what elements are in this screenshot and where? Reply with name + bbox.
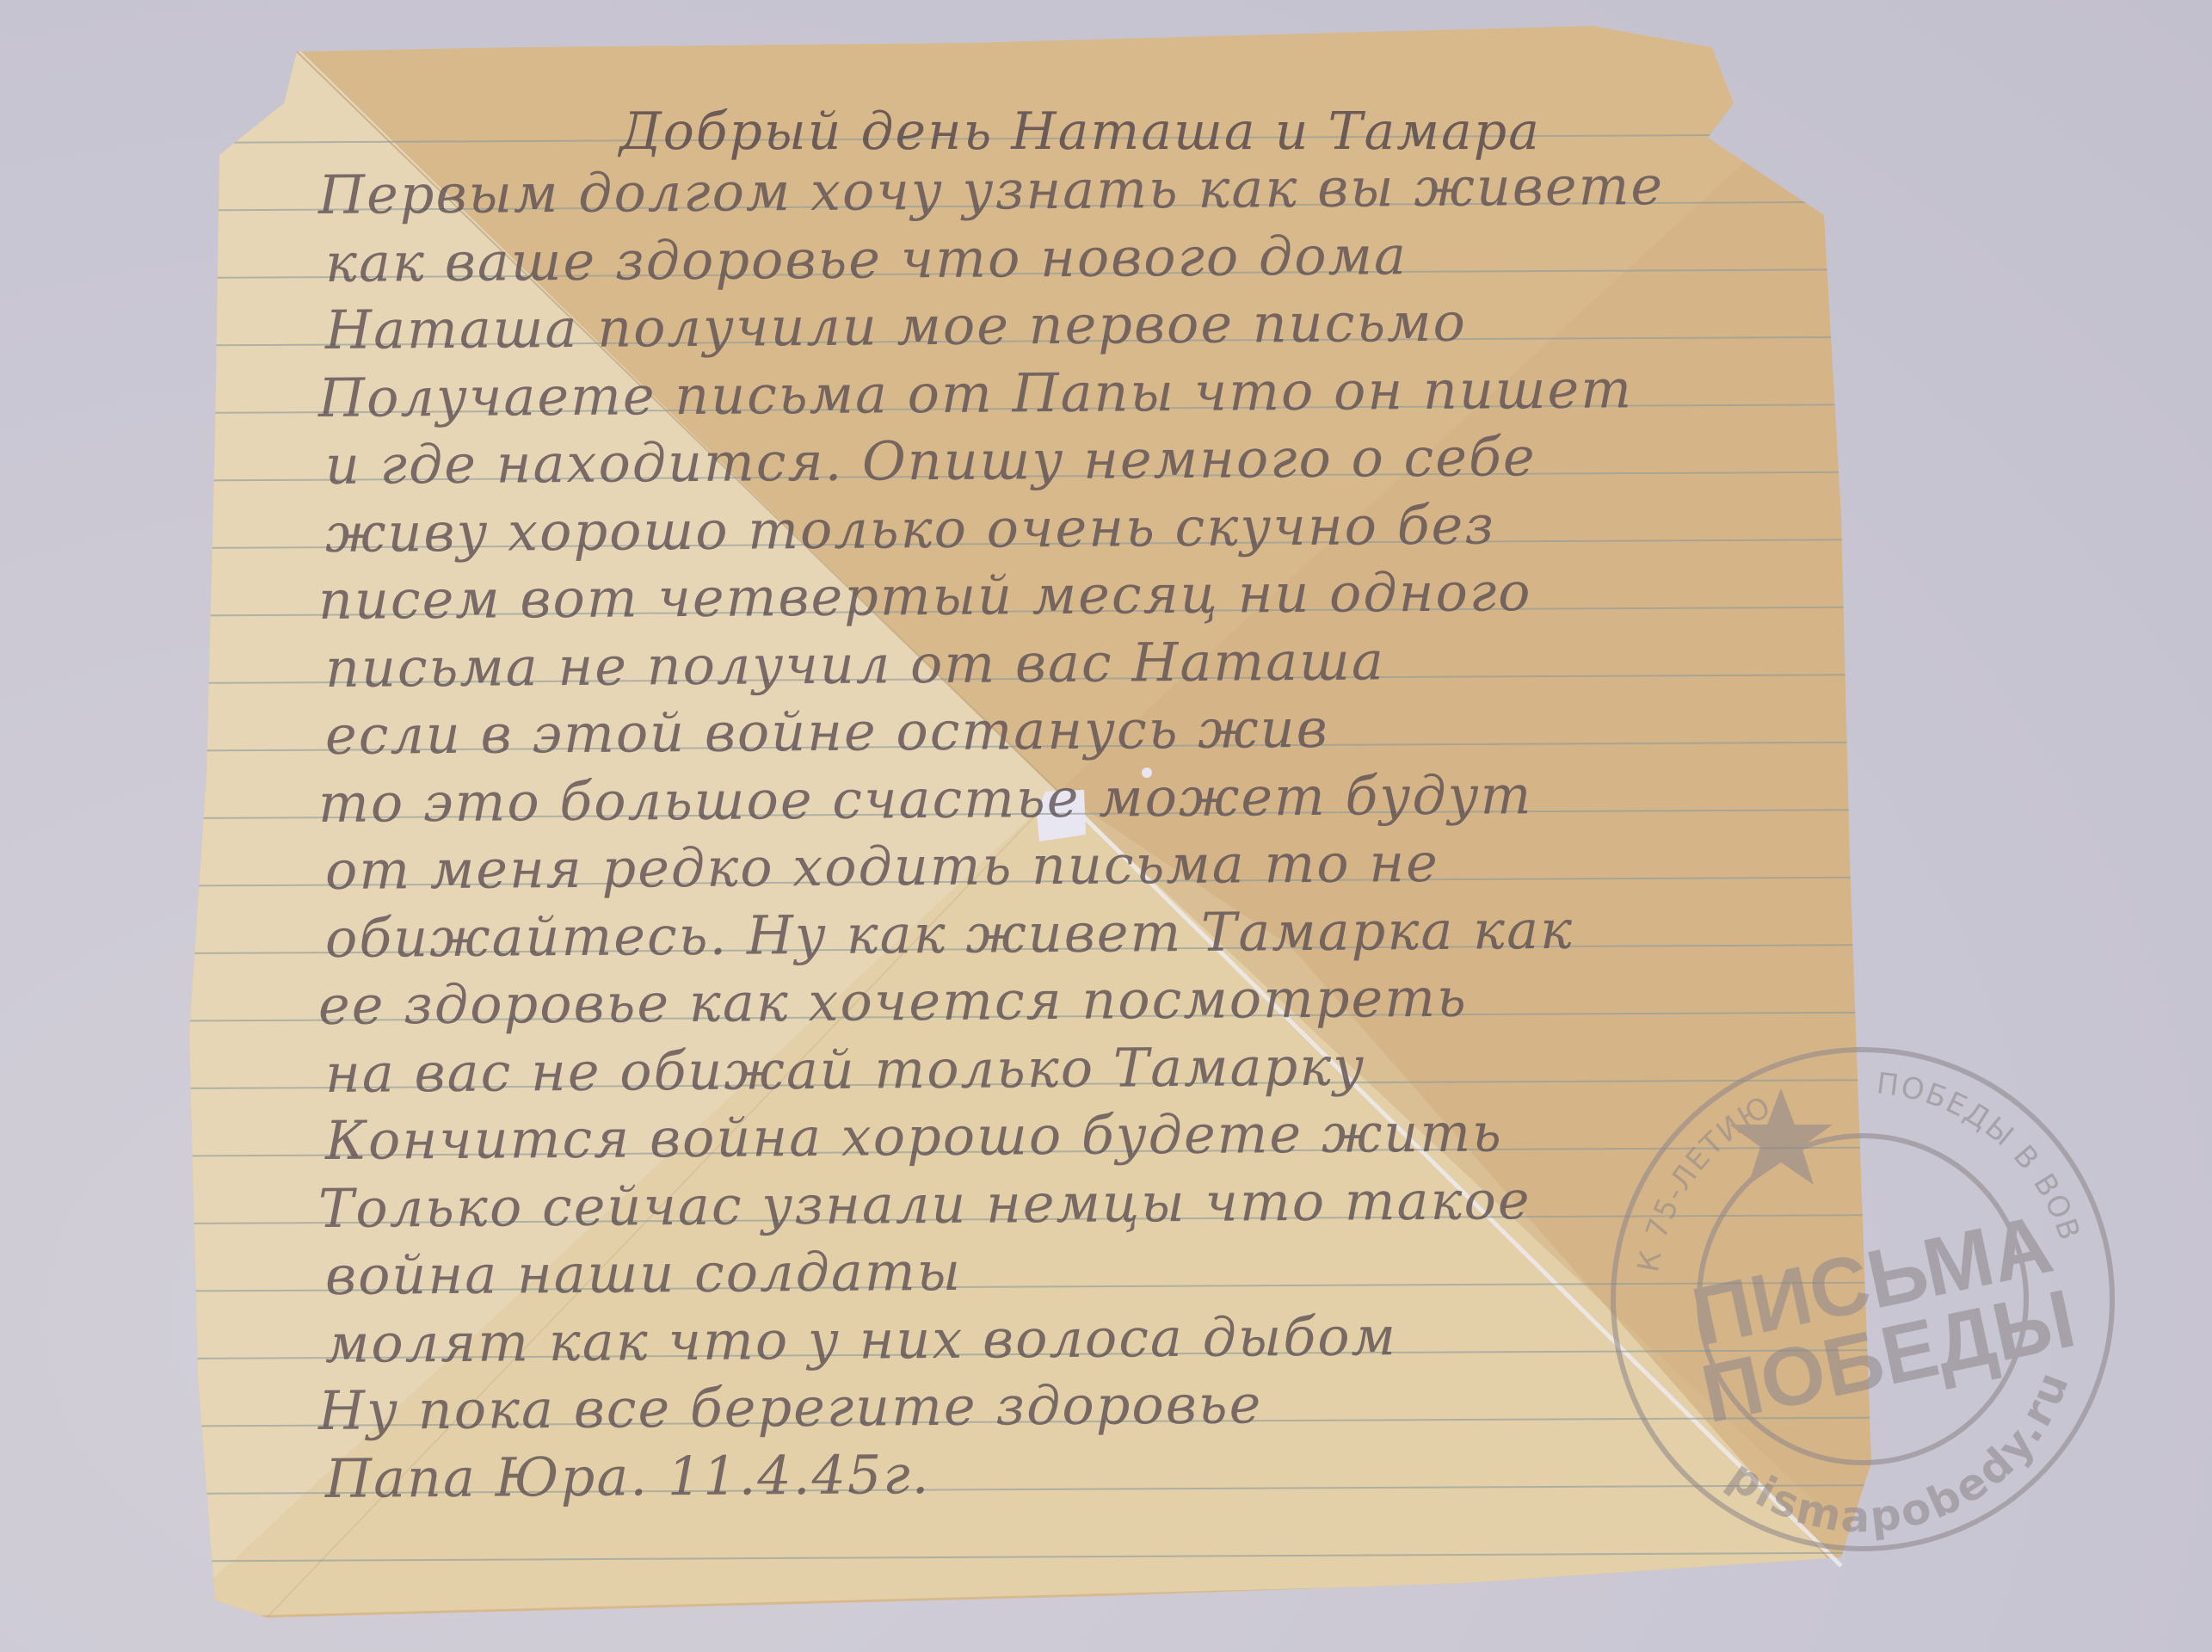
letter-line: Папа Юра. 11.4.45г. <box>325 1443 931 1510</box>
letter-line: Наташа получили мое первое письмо <box>325 291 1467 361</box>
letter-line: война наши солдаты <box>325 1240 963 1307</box>
letter-line: то это большое счастье может будут <box>318 763 1533 835</box>
letter-line: если в этой войне останусь жив <box>325 697 1329 767</box>
letter-line: Кончится война хорошо будете жить <box>325 1100 1503 1172</box>
letter-line: письма не получил от вас Наташа <box>325 629 1385 700</box>
letter-line: Первым долгом хочу узнать как вы живете <box>318 154 1665 226</box>
letter-line: Получаете письма от Папы что он пишет <box>318 357 1633 429</box>
letter-line: обижайтесь. Ну как живет Тамарка как <box>325 897 1574 969</box>
letter-line: ее здоровье как хочется посмотреть <box>318 966 1468 1037</box>
letter-line: от меня редко ходить письма то не <box>325 831 1439 902</box>
letter-line: писем вот четвертый месяц ни одного <box>318 560 1532 632</box>
letter-line: на вас не обижай только Тамарку <box>325 1034 1366 1104</box>
letter-line: как ваше здоровье что нового дома <box>325 224 1408 294</box>
letter-line: Только сейчас узнали немцы что такое <box>318 1168 1531 1240</box>
letter-line: Ну пока все берегите здоровье <box>318 1372 1263 1442</box>
letter-line: живу хорошо только очень скучно без <box>325 493 1496 564</box>
letter-line: и где находится. Опишу немного о себе <box>325 425 1537 496</box>
greeting-line: Добрый день Наташа и Тамара <box>619 102 1541 162</box>
letter-line: молят как что у них волоса дыбом <box>325 1304 1397 1375</box>
